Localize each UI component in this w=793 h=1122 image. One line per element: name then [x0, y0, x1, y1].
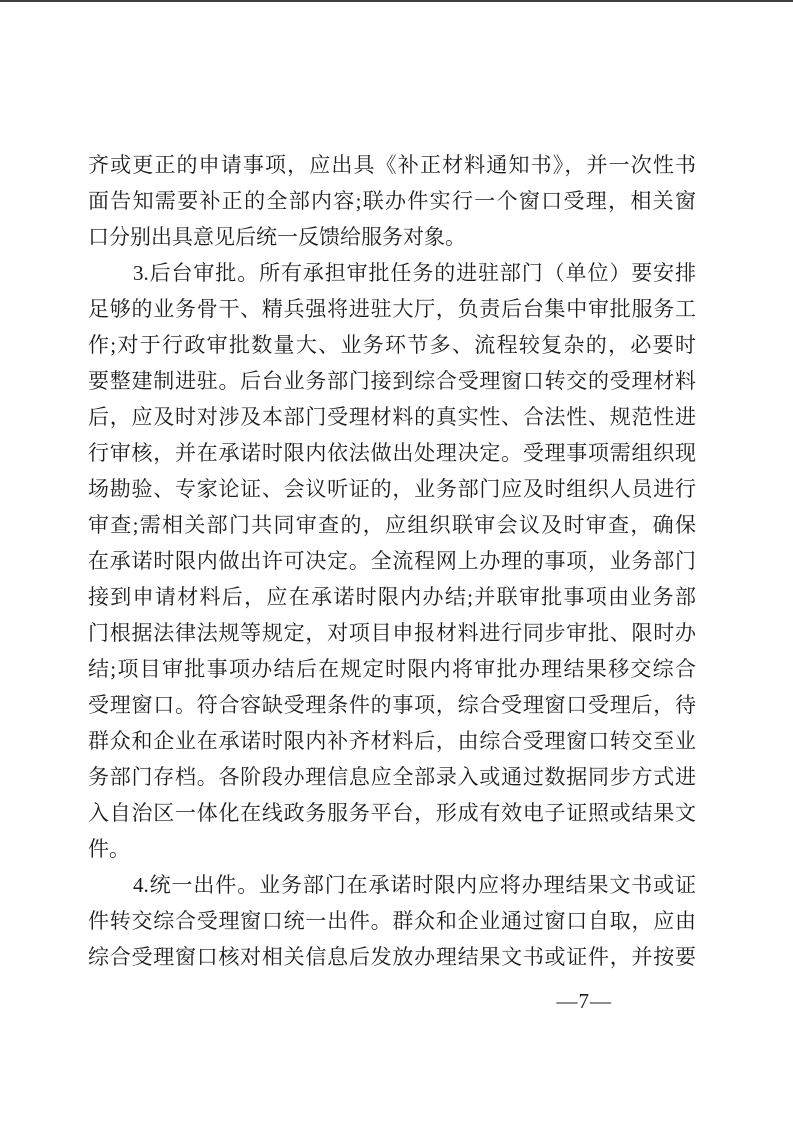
text-line: 门根据法律法规等规定，对项目申报材料进行同步审批、限时办: [88, 615, 696, 651]
text-line: 行审核，并在承诺时限内依法做出处理决定。受理事项需组织现: [88, 435, 696, 471]
text-line: 后，应及时对涉及本部门受理材料的真实性、合法性、规范性进: [88, 399, 696, 435]
text-line: 足够的业务骨干、精兵强将进驻大厅，负责后台集中审批服务工: [88, 291, 696, 327]
document-body: 齐或更正的申请事项，应出具《补正材料通知书》，并一次性书面告知需要补正的全部内容…: [88, 147, 696, 975]
document-page: { "page": { "background": "#ffffff", "te…: [0, 0, 793, 1122]
text-line: 3.后台审批。所有承担审批任务的进驻部门（单位）要安排: [88, 255, 696, 291]
text-line: 要整建制进驻。后台业务部门接到综合受理窗口转交的受理材料: [88, 363, 696, 399]
text-line: 结;项目审批事项办结后在规定时限内将审批办理结果移交综合: [88, 651, 696, 687]
text-line: 群众和企业在承诺时限内补齐材料后，由综合受理窗口转交至业: [88, 723, 696, 759]
text-line: 4.统一出件。业务部门在承诺时限内应将办理结果文书或证: [88, 867, 696, 903]
text-line: 面告知需要补正的全部内容;联办件实行一个窗口受理，相关窗: [88, 183, 696, 219]
text-line: 综合受理窗口核对相关信息后发放办理结果文书或证件，并按要: [88, 939, 696, 975]
text-line: 件转交综合受理窗口统一出件。群众和企业通过窗口自取，应由: [88, 903, 696, 939]
text-line: 齐或更正的申请事项，应出具《补正材料通知书》，并一次性书: [88, 147, 696, 183]
text-line: 接到申请材料后，应在承诺时限内办结;并联审批事项由业务部: [88, 579, 696, 615]
text-line: 场勘验、专家论证、会议听证的，业务部门应及时组织人员进行: [88, 471, 696, 507]
text-line: 在承诺时限内做出许可决定。全流程网上办理的事项，业务部门: [88, 543, 696, 579]
text-line: 审查;需相关部门共同审查的，应组织联审会议及时审查，确保: [88, 507, 696, 543]
text-line: 口分别出具意见后统一反馈给服务对象。: [88, 219, 696, 255]
text-line: 受理窗口。符合容缺受理条件的事项，综合受理窗口受理后，待: [88, 687, 696, 723]
page-number: —7—: [88, 987, 612, 1015]
text-line: 务部门存档。各阶段办理信息应全部录入或通过数据同步方式进: [88, 759, 696, 795]
text-line: 件。: [88, 831, 696, 867]
text-line: 作;对于行政审批数量大、业务环节多、流程较复杂的，必要时: [88, 327, 696, 363]
text-line: 入自治区一体化在线政务服务平台，形成有效电子证照或结果文: [88, 795, 696, 831]
scan-edge-artifact: [0, 0, 793, 2]
